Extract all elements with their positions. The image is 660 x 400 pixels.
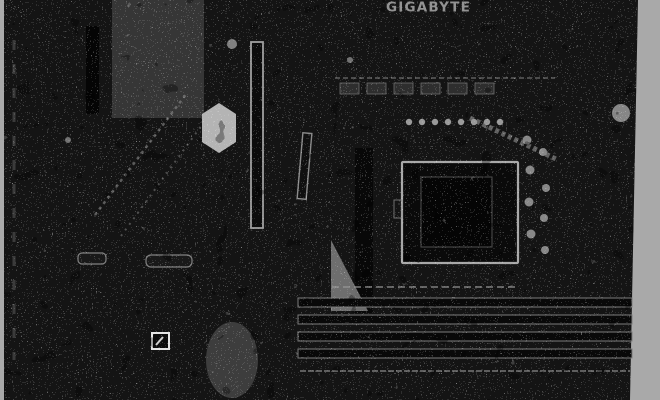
noise-dark <box>4 0 638 400</box>
motherboard-photo: GIGABYTE <box>0 0 660 400</box>
dither-noise <box>4 0 638 400</box>
brand-text: GIGABYTE <box>386 0 471 16</box>
screenshot-frame: GIGABYTE <box>0 0 660 400</box>
